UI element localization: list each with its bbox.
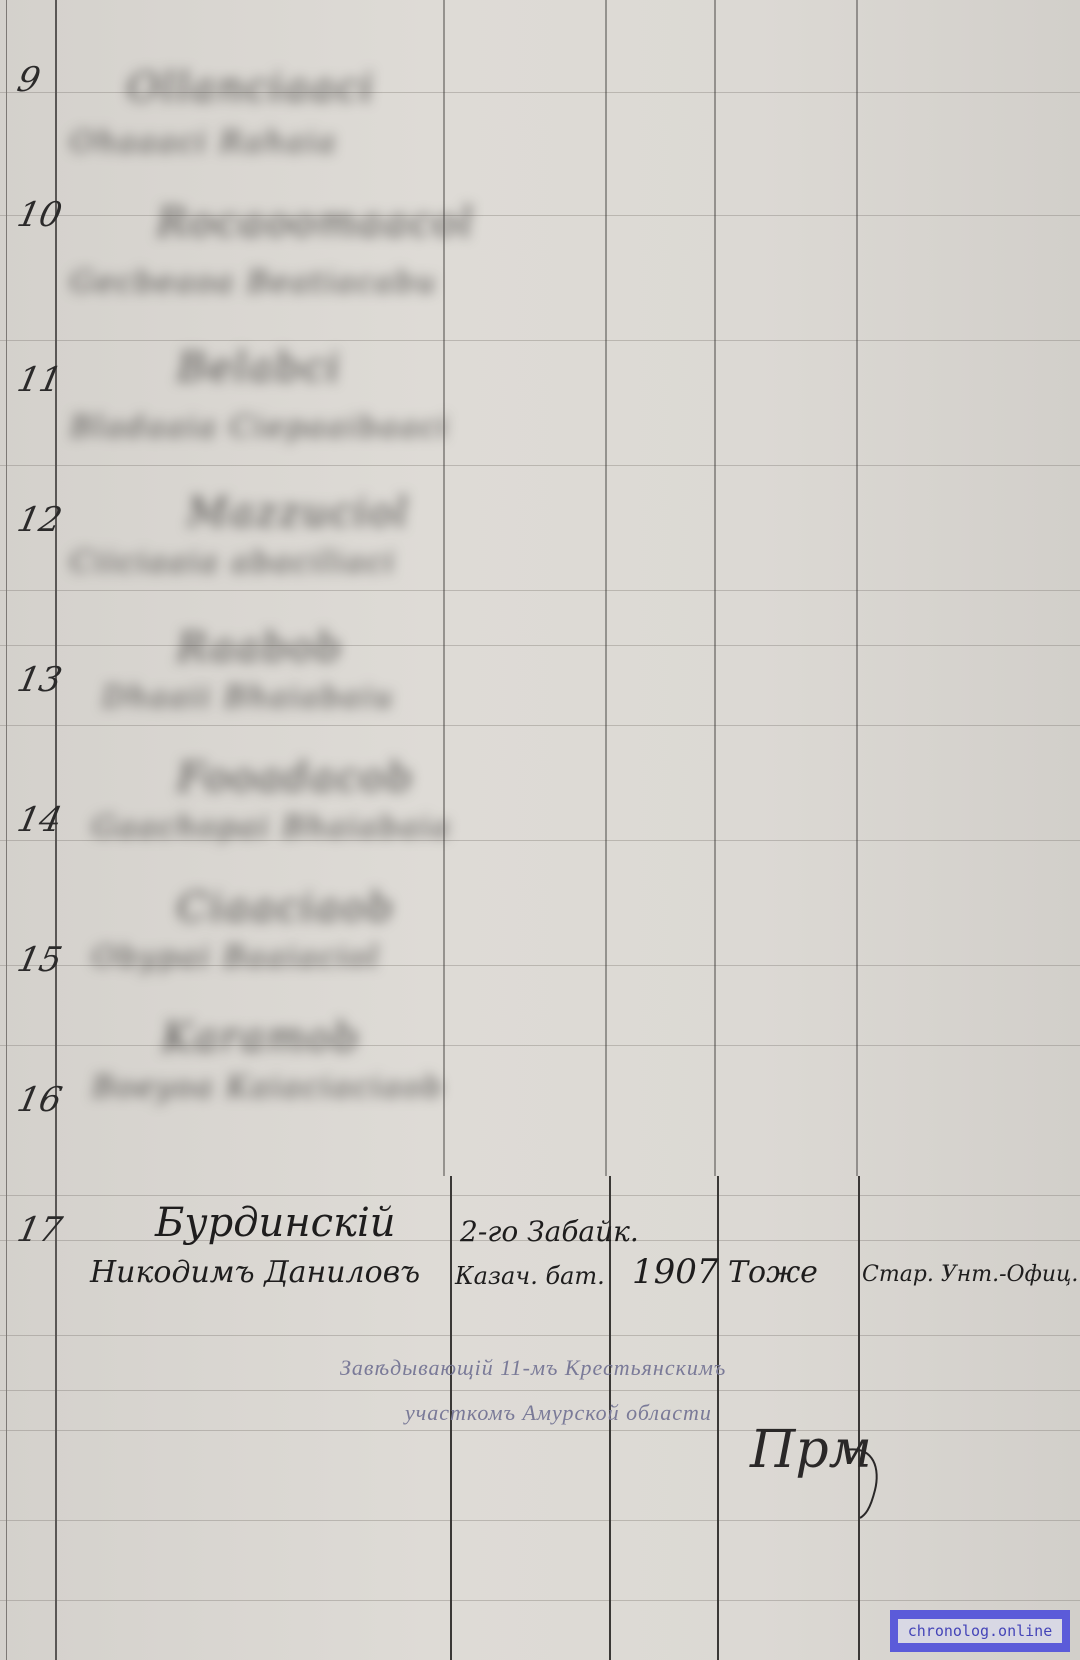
stamp-line2: участкомъ Амурской области (405, 1400, 712, 1426)
row-number: 17 (14, 1210, 66, 1250)
blurred-name: Ohaaaci Rahaia (70, 125, 337, 160)
blurred-name: Gecbeaoa Beatiacabu (70, 265, 437, 300)
blurred-surname: Mazzuciol (187, 490, 410, 536)
watermark-badge: chronolog.online (890, 1610, 1070, 1652)
blurred-name: Ciiciaaia abaciliaci (70, 545, 396, 580)
blurred-entries: Ollanciaaci Ohaaaci Rahaia Rocaoomaacol … (62, 0, 1080, 1176)
ruled-line (0, 1430, 1080, 1431)
ruled-line (0, 1195, 1080, 1196)
ruled-line (0, 1600, 1080, 1601)
ruled-line (0, 1520, 1080, 1521)
entry-surname: Бурдинскiй (155, 1200, 396, 1246)
blurred-surname: Raabob (177, 625, 343, 671)
blurred-surname: Rocaoomaacol (157, 200, 475, 246)
signature-flourish (840, 1430, 900, 1520)
register-page: 9 10 11 12 13 14 15 16 17 Ollanciaaci Oh… (0, 0, 1080, 1660)
blurred-surname: Fooadacob (177, 755, 414, 801)
row-number: 10 (14, 195, 66, 235)
blurred-name: Gaachopai Bhaiabaia (92, 810, 451, 845)
entry-given-name: Никодимъ Даниловъ (90, 1255, 420, 1290)
blurred-name: Dhaaii Bhaiabaiu (102, 680, 395, 715)
blurred-surname: Ollanciaaci (127, 65, 375, 111)
blurred-surname: Karamob (162, 1015, 360, 1061)
row-number: 11 (14, 360, 66, 400)
entry-status: Тоже (728, 1255, 818, 1290)
watermark-text: chronolog.online (898, 1619, 1063, 1643)
blurred-name: Obypai Baaiaciol (92, 940, 380, 975)
entry-unit-line1: 2-го Забайк. (460, 1215, 639, 1248)
column-divider (858, 1176, 860, 1660)
entry-year: 1907 (632, 1252, 719, 1292)
margin-line (6, 0, 7, 1660)
entry-unit-line2: Казач. бат. (455, 1262, 605, 1290)
blurred-surname: Belabci (177, 345, 342, 391)
blurred-surname: Ciaaciaob (177, 885, 395, 931)
blurred-name: Boeyoa Kaiaciaciaob (92, 1070, 444, 1105)
row-number: 14 (14, 800, 66, 840)
row-number: 9 (14, 60, 44, 100)
entry-rank: Стар. Унт.-Офиц. (862, 1262, 1078, 1287)
ruled-line (0, 1335, 1080, 1336)
column-divider (717, 1176, 719, 1660)
blurred-name: Bladaaia Ciepaaibaaci (70, 410, 450, 445)
row-number: 13 (14, 660, 66, 700)
ruled-line (0, 1390, 1080, 1391)
row-number: 12 (14, 500, 66, 540)
row-number: 16 (14, 1080, 66, 1120)
row-number: 15 (14, 940, 66, 980)
stamp-line1: Завѣдывающiй 11-мъ Крестьянскимъ (340, 1355, 726, 1381)
